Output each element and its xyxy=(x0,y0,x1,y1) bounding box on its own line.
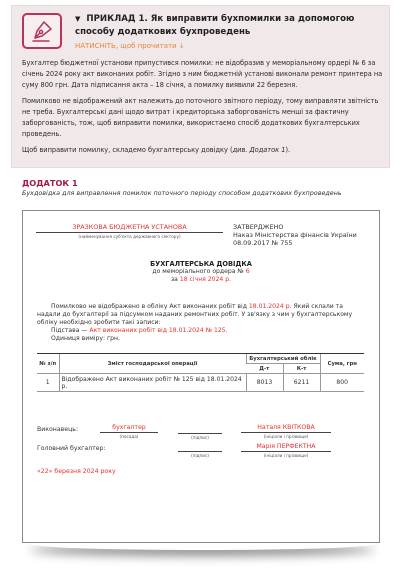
column-header-content: Зміст господарської операції xyxy=(59,354,246,374)
signature-hint: (підпис) xyxy=(178,453,222,458)
organization-hint: (найменування суб'єкта державного сектор… xyxy=(36,234,223,239)
document-body-text: Помилково не відображено в обліку Акт ви… xyxy=(37,303,367,335)
example-title[interactable]: ▼ПРИКЛАД 1. Як виправити бухпомилки за д… xyxy=(75,13,380,38)
chief-signature-line xyxy=(178,451,222,452)
executor-signature-line xyxy=(178,433,222,434)
appendix-reference-link[interactable]: див. Додаток 1 xyxy=(233,146,286,154)
basis-label: Підстава — xyxy=(51,327,89,334)
approval-line: 08.09.2017 № 755 xyxy=(233,239,357,247)
column-header-accounting: Бухгалтерський облік xyxy=(246,354,320,364)
executor-name-line xyxy=(241,432,331,433)
column-header-debit: Д-т xyxy=(246,364,283,374)
fountain-pen-icon xyxy=(22,13,62,49)
approval-line: Наказ Міністерства фінансів України xyxy=(233,231,357,239)
unit-of-measure: Одиниця виміру: грн. xyxy=(51,335,120,342)
position-hint: (посада) xyxy=(100,434,158,439)
executor-label: Виконавець: xyxy=(37,426,78,433)
document-paragraph: Помилково не відображено в обліку Акт ви… xyxy=(37,303,367,327)
date-prefix: за xyxy=(171,276,180,283)
organization-name: ЗРАЗКОВА БЮДЖЕТНА УСТАНОВА xyxy=(36,223,223,233)
example-title-text: ПРИКЛАД 1. Як виправити бухпомилки за до… xyxy=(75,14,354,37)
signature-hint: (підпис) xyxy=(178,435,222,440)
executor-position: бухгалтер xyxy=(100,424,158,431)
example-paragraph-3: Щоб виправити помилку, складемо бухгалте… xyxy=(22,145,384,156)
organization-block: ЗРАЗКОВА БЮДЖЕТНА УСТАНОВА (найменування… xyxy=(36,223,223,239)
cell-sum: 800 xyxy=(320,374,364,392)
appendix-title: ДОДАТОК 1 xyxy=(22,178,78,188)
act-date: 18.01.2024 р. xyxy=(249,303,292,310)
chief-accountant-label: Головний бухгалтер: xyxy=(37,445,106,452)
example-card[interactable]: ▼ПРИКЛАД 1. Як виправити бухпомилки за д… xyxy=(11,5,390,168)
order-date: 18 січня 2024 р. xyxy=(180,276,231,283)
document-heading: БУХГАЛТЕРСЬКА ДОВІДКА до меморіального о… xyxy=(23,260,379,284)
approval-stamp: ЗАТВЕРДЖЕНО Наказ Міністерства фінансів … xyxy=(233,223,357,247)
cell-number: 1 xyxy=(37,374,59,392)
basis-line: Підстава — Акт виконаних робіт від 18.01… xyxy=(37,327,367,335)
paragraph-text: Щоб виправити помилку, складемо бухгалте… xyxy=(22,146,233,154)
basis-value: Акт виконаних робіт від 18.01.2024 № 125… xyxy=(89,327,227,334)
executor-name: Наталя КВІТКОВА xyxy=(241,424,331,431)
position-line xyxy=(100,432,158,433)
text: Помилково не відображено в обліку Акт ви… xyxy=(51,303,249,310)
chief-name-line xyxy=(241,451,331,452)
cell-debit: 8013 xyxy=(246,374,283,392)
document-signing-date: «22» березня 2024 року xyxy=(37,468,116,475)
table-row: 1 Відображено Акт виконаних робіт № 125 … xyxy=(37,374,364,392)
approval-line: ЗАТВЕРДЖЕНО xyxy=(233,223,357,231)
chief-accountant-name: Марія ПЕРФЕКТНА xyxy=(241,443,331,450)
column-header-sum: Сума, грн xyxy=(320,354,364,374)
accounting-certificate-document: ЗРАЗКОВА БЮДЖЕТНА УСТАНОВА (найменування… xyxy=(22,210,380,543)
column-header-number: № з/п xyxy=(37,354,59,374)
order-number: 6 xyxy=(246,268,250,275)
appendix-subtitle: Бухдовідка для виправлення помилок поточ… xyxy=(22,189,342,197)
cell-credit: 6211 xyxy=(283,374,320,392)
name-hint: (ініціали і прізвище) xyxy=(241,434,331,439)
example-paragraph-2: Помилково не відображений акт належить д… xyxy=(22,96,384,140)
example-paragraph-1: Бухгалтер бюджетної установи припустився… xyxy=(22,58,384,91)
name-hint: (ініціали і прізвище) xyxy=(241,453,331,458)
expand-toggle-icon[interactable]: ▼ xyxy=(75,15,80,23)
operations-table: № з/п Зміст господарської операції Бухга… xyxy=(37,353,364,392)
column-header-credit: К-т xyxy=(283,364,320,374)
example-body: Бухгалтер бюджетної установи припустився… xyxy=(22,58,384,161)
read-more-link[interactable]: НАТИСНІТЬ, щоб прочитати ↓ xyxy=(75,42,185,50)
document-title: БУХГАЛТЕРСЬКА ДОВІДКА xyxy=(23,260,379,268)
memorial-order-line: до меморіального ордера № 6 xyxy=(23,268,379,276)
order-prefix: до меморіального ордера № xyxy=(152,268,245,275)
document-date-line: за 18 січня 2024 р. xyxy=(23,276,379,284)
paragraph-text: ). xyxy=(285,146,290,154)
cell-content: Відображено Акт виконаних робіт № 125 ві… xyxy=(59,374,246,392)
